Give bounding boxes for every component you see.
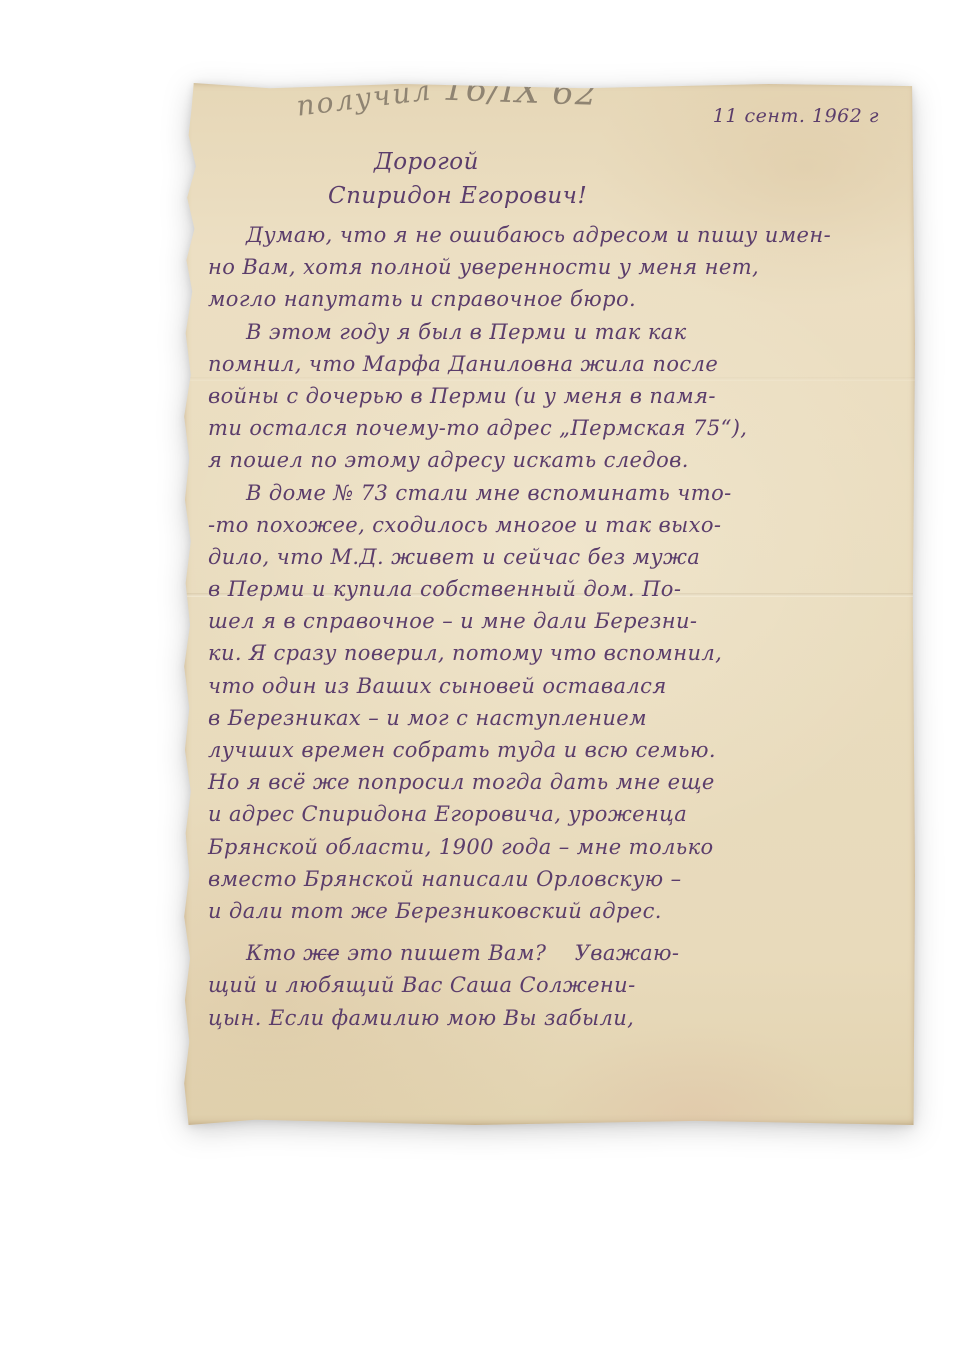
letter-line: шел я в справочное – и мне дали Березни- bbox=[208, 609, 903, 641]
letter-line: лучших времен собрать туда и всю семью. bbox=[208, 738, 903, 770]
letter-date: 11 сент. 1962 г bbox=[713, 105, 879, 127]
letter-scan: получил 16/IX 62 11 сент. 1962 г Дорогой… bbox=[0, 0, 966, 1362]
letter-line: Но я всё же попросил тогда дать мне еще bbox=[208, 770, 903, 802]
letter-line: ки. Я сразу поверил, потому что вспомнил… bbox=[208, 641, 903, 673]
received-date: 16/IX 62 bbox=[443, 69, 599, 114]
letter-line: в Перми и купила собственный дом. По- bbox=[208, 577, 903, 609]
letter-line: щий и любящий Вас Саша Солжени- bbox=[208, 973, 903, 1005]
letter-line: вместо Брянской написали Орловскую – bbox=[208, 867, 903, 899]
letter-line: Кто ж̶е̶ это пишет Вам? Уважаю- bbox=[208, 941, 903, 973]
letter-line: что один из Ваших сыновей оставался bbox=[208, 674, 903, 706]
letter-line: могло напутать и справочное бюро. bbox=[208, 287, 903, 319]
received-word: получил bbox=[295, 73, 434, 122]
paper-shadow: получил 16/IX 62 11 сент. 1962 г Дорогой… bbox=[182, 83, 915, 1125]
letter-line: В доме № 73 стали мне вспоминать что- bbox=[208, 481, 903, 513]
received-pencil-note: получил 16/IX 62 bbox=[294, 48, 600, 125]
letter-line: и адрес Спиридона Егоровича, уроженца bbox=[208, 802, 903, 834]
salutation-line-1: Дорогой bbox=[374, 149, 479, 175]
letter-line: и дали тот же Березниковский адрес. bbox=[208, 899, 903, 931]
letter-line: Брянской области, 1900 года – мне только bbox=[208, 835, 903, 867]
letter-line: но Вам, хотя полной уверенности у меня н… bbox=[208, 255, 903, 287]
letter-line: -то похожее, сходилось многое и так выхо… bbox=[208, 513, 903, 545]
letter-line: помнил, что Марфа Даниловна жила после bbox=[208, 352, 903, 384]
letter-line: ти остался почему-то адрес „Пермская 75“… bbox=[208, 416, 903, 448]
letter-body: Думаю, что я не ошибаюсь адресом и пишу … bbox=[208, 223, 903, 1038]
paper: получил 16/IX 62 11 сент. 1962 г Дорогой… bbox=[182, 83, 915, 1125]
letter-line: цын. Если фамилию мою Вы забыли, bbox=[208, 1006, 903, 1038]
letter-line: я пошел по этому адресу искать следов. bbox=[208, 448, 903, 480]
letter-line: войны с дочерью в Перми (и у меня в памя… bbox=[208, 384, 903, 416]
letter-line: в Березниках – и мог с наступлением bbox=[208, 706, 903, 738]
letter-line: дило, что М.Д. живет и сейчас без мужа bbox=[208, 545, 903, 577]
letter-line: В этом году я был в Перми и так как bbox=[208, 320, 903, 352]
letter-line: Думаю, что я не ошибаюсь адресом и пишу … bbox=[208, 223, 903, 255]
salutation-line-2: Спиридон Егорович! bbox=[328, 183, 587, 209]
